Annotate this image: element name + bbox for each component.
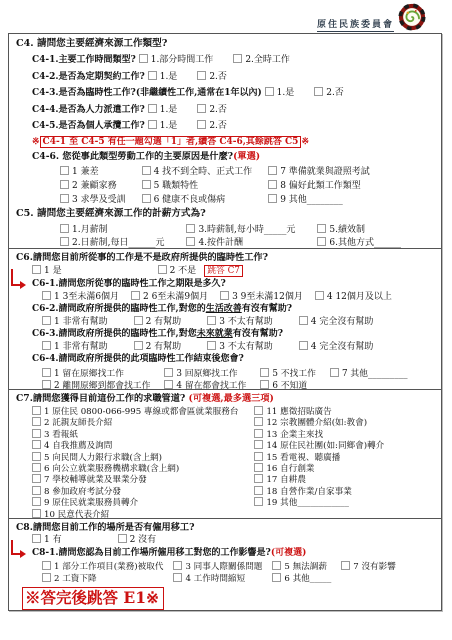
checkbox-option[interactable]: 1 非常有幫助 [42,341,108,353]
checkbox-option[interactable]: 4 完全沒有幫助 [299,316,374,328]
checkbox-icon[interactable] [148,71,157,80]
checkbox-icon[interactable] [134,316,143,325]
option-label: 1 非常有幫助 [54,317,108,327]
option-label: 3 求學及受訓 [72,195,126,205]
checkbox-icon[interactable] [272,573,281,582]
checkbox-option[interactable]: 16 自行創業 [254,462,384,473]
option-label: 4 12個月及以上 [327,292,392,302]
question-c4-title: C4. 請問您主要經濟來源工作類型? [16,36,436,52]
checkbox-icon[interactable] [32,417,41,426]
checkbox-icon[interactable] [42,341,51,350]
checkbox-option[interactable]: 2.否 [197,105,227,115]
question-c5-title: C5. 請問您主要經濟來源工作的計薪方式為? [16,206,436,222]
checkbox-option[interactable]: 7 沒有影響 [341,560,396,572]
checkbox-option[interactable]: 3 不太有幫助 [207,341,273,353]
checkbox-option[interactable]: 6 其他_____ [272,572,331,584]
question-c6-1-title: C6-1.請問您所從事的臨時性工作之期限是多久? [32,278,436,291]
c8-yesno-options: 1 有2 沒有 [32,535,156,545]
question-c4-6-label: C4-6. 您從事此類型勞動工作的主要原因是什麼? [32,151,233,162]
checkbox-option[interactable]: 2.全時工作 [233,55,290,65]
checkbox-option[interactable]: 3 不太有幫助 [207,316,273,328]
checkbox-option[interactable]: 4 找不到全時、正式工作 [142,164,253,178]
checkbox-option[interactable]: 6 向公立就業服務機構求職(含上網) [32,462,238,473]
option-label: 5 職類特性 [154,181,199,191]
checkbox-icon[interactable] [32,429,41,438]
checkbox-icon[interactable] [254,486,263,495]
checkbox-icon[interactable] [317,237,326,246]
option-label: 2 離開原鄉到都會找工作 [54,381,150,389]
checkbox-option[interactable]: 2 沒有 [118,535,157,545]
option-label: 3 9至未滿12個月 [232,292,303,302]
checkbox-option[interactable]: 3 同事人際關係問題 [173,560,262,572]
checkbox-option[interactable]: 2 不是 [158,266,197,276]
checkbox-option[interactable]: 2.否 [197,72,227,82]
checkbox-option[interactable]: 11 應徵招貼廣告 [254,405,384,416]
section-c6: C6.請問您目前所從事的工作是不是政府所提供的臨時性工作? 1 是2 不是跳答 … [9,248,441,389]
option-label: 3 同事人際關係問題 [185,562,262,572]
question-c4-1: C4-1.主要工作時間類型? 1.部分時間工作2.全時工作 [32,52,436,69]
option-label: 5.績效制 [329,225,365,235]
question-c8-title: C8.請問您目前工作的場所是否有僱用移工? [16,521,436,534]
checkbox-icon[interactable] [197,71,206,80]
checkbox-option[interactable]: 10 民意代表介紹 [32,508,238,518]
option-label: 1.是 [160,72,178,82]
option-label: 1 部分工作項目(業務)被取代 [54,562,163,572]
checkbox-icon[interactable] [42,316,51,325]
question-c4-3-label: C4-3.是否為臨時性工作?(非繼續性工作,通常在1年以內) [32,88,262,98]
jump-arrow-c6-1 [11,269,23,286]
checkbox-icon[interactable] [32,486,41,495]
checkbox-icon[interactable] [341,561,350,570]
option-label: 2 沒有 [130,535,157,545]
question-c6-2-title: C6-2.請問政府所提供的臨時性工作,對您的生活改善有沒有幫助? [32,303,436,316]
checkbox-option[interactable]: 3 回原鄉找工作 [164,366,246,378]
checkbox-icon[interactable] [32,534,41,543]
checkbox-option[interactable]: 2 託親友師長介紹 [32,416,238,427]
option-label: 4 留在都會找工作 [176,381,246,389]
checkbox-option[interactable]: 2.日薪制,每日______元 [60,235,164,248]
checkbox-option[interactable]: 13 企業主來找 [254,428,384,439]
checkbox-icon[interactable] [173,561,182,570]
option-label: 1.月薪制 [72,225,108,235]
checkbox-icon[interactable] [254,474,263,483]
checkbox-icon[interactable] [42,368,51,377]
checkbox-option[interactable]: 2 工資下降 [42,572,163,584]
question-c6-4-title: C6-4.請問政府所提供的此項臨時性工作結束後您會? [32,353,436,366]
checkbox-option[interactable]: 4 工作時間縮短 [173,572,262,584]
option-label: 1 非常有幫助 [54,342,108,352]
option-label: 3 不太有幫助 [219,317,273,327]
question-c4-5-label: C4-5.是否為個人承攬工作? [32,121,145,131]
option-label: 9 其他________ [280,195,343,205]
question-c4-1-options: 1.部分時間工作2.全時工作 [139,55,310,65]
checkbox-icon[interactable] [60,194,69,203]
form-box: C4. 請問您主要經濟來源工作類型? C4-1.主要工作時間類型? 1.部分時間… [8,33,442,611]
multi-choice-tag: (可複選,最多選三項) [189,393,274,404]
jump-arrow-c8-1 [11,540,23,555]
checkbox-option[interactable]: 3.時薪制,每小時_____元 [186,222,295,236]
c6-yesno-options: 1 是2 不是 [32,266,196,276]
checkbox-icon[interactable] [32,265,41,274]
checkbox-option[interactable]: 1.是 [148,121,178,131]
option-label: 6 其他_____ [284,574,331,584]
checkbox-option[interactable]: 2.否 [197,121,227,131]
option-label: 4.按件計酬 [198,238,243,248]
checkbox-option[interactable]: 7 準備就業與證照考試 [268,164,370,178]
checkbox-option[interactable]: 1.是 [148,105,178,115]
checkbox-icon[interactable] [260,368,269,377]
question-c5-options: 1.月薪制2.日薪制,每日______元3.時薪制,每小時_____元4.按件計… [60,222,436,249]
checkbox-icon[interactable] [42,573,51,582]
option-label: 4 找不到全時、正式工作 [154,167,253,177]
option-label: 2 6至未滿9個月 [143,292,208,302]
question-c4-3: C4-3.是否為臨時性工作?(非繼續性工作,通常在1年以內) 1.是2.否 [32,85,436,102]
checkbox-icon[interactable] [42,291,51,300]
checkbox-icon[interactable] [164,380,173,389]
checkbox-icon[interactable] [32,406,41,415]
option-label: 2 兼顧家務 [72,181,117,191]
checkbox-icon[interactable] [142,166,151,175]
c6-3-post: 有沒有幫助? [233,329,283,339]
c6-2-underlined: 生活改善 [206,304,242,314]
checkbox-icon[interactable] [207,341,216,350]
checkbox-option[interactable]: 7 其他_________ [330,366,408,378]
checkbox-option[interactable]: 4.按件計酬 [186,235,295,248]
question-c4-2-label: C4-2.是否為定期契約工作? [32,72,145,82]
checkbox-option[interactable]: 2 6至未滿9個月 [131,291,208,303]
option-label: 1.是 [160,105,178,115]
checkbox-option[interactable]: 5 職類特性 [142,178,253,192]
checkbox-icon[interactable] [32,463,41,472]
option-label: 1 兼差 [72,167,99,177]
checkbox-icon[interactable] [118,534,127,543]
c6-2-post: 有沒有幫助? [242,304,292,314]
question-c6-3-title: C6-3.請問政府所提供的臨時性工作,對您未來就業有沒有幫助? [32,328,436,341]
checkbox-option[interactable]: 1.是 [265,88,295,98]
checkbox-icon[interactable] [158,265,167,274]
checkbox-option[interactable]: 5.績效制 [317,222,401,236]
option-label: 1 是 [44,266,62,276]
question-c4-4: C4-4.是否為人力派遣工作? 1.是2.否 [32,102,436,119]
option-label: 7 其他_________ [342,369,408,379]
question-c4-4-options: 1.是2.否 [148,105,247,115]
c6-3-pre: C6-3.請問政府所提供的臨時性工作,對您 [32,329,197,339]
question-c4-3-options: 1.是2.否 [265,88,364,98]
option-label: 5 無法調薪 [284,562,327,572]
checkbox-option[interactable]: 3 看報紙 [32,428,238,439]
option-label: 2.否 [209,105,227,115]
section-c4-c5: C4. 請問您主要經濟來源工作類型? C4-1.主要工作時間類型? 1.部分時間… [9,34,441,248]
checkbox-option[interactable]: 4 自我推薦及詢問 [32,439,238,450]
question-c6-4-options: 1 留在原鄉找工作2 離開原鄉到都會找工作3 回原鄉找工作4 留在都會找工作5 … [42,366,436,389]
checkbox-option[interactable]: 15 看電視、聽廣播 [254,451,384,462]
checkbox-icon[interactable] [32,452,41,461]
checkbox-option[interactable]: 19 其他____________ [254,496,384,507]
checkbox-option[interactable]: 7 學校輔導就業及畢業分發 [32,473,238,484]
checkbox-icon[interactable] [299,341,308,350]
option-label: 1 3至未滿6個月 [54,292,119,302]
checkbox-icon[interactable] [314,87,323,96]
option-label: 3 不太有幫助 [219,342,273,352]
checkbox-icon[interactable] [220,291,229,300]
checkbox-icon[interactable] [265,87,274,96]
c8-1-label: C8-1.請問您認為目前工作場所僱用移工對您的工作影響是? [32,548,271,558]
checkbox-icon[interactable] [60,224,69,233]
c8-1-multi-tag: (可複選) [271,548,307,558]
checkbox-icon[interactable] [197,104,206,113]
checkbox-icon[interactable] [260,380,269,389]
checkbox-icon[interactable] [330,368,339,377]
question-c7-options: 1 原住民 0800-066-995 專線或都會區就業服務台2 託親友師長介紹3… [32,405,436,518]
checkbox-icon[interactable] [254,463,263,472]
skip-note-c4: ※C4-1 至 C4-5 有任一題勾選「1」者,續答 C4-6,其餘跳答 C5※ [32,135,436,150]
checkbox-option[interactable]: 6 不知道 [260,378,316,389]
note-boxed-text: C4-1 至 C4-5 有任一題勾選「1」者,續答 C4-6,其餘跳答 C5 [40,136,302,148]
checkbox-option[interactable]: 5 無法調薪 [272,560,331,572]
question-c8-1-options: 1 部分工作項目(業務)被取代2 工資下降3 同事人際關係問題4 工作時間縮短5… [42,560,436,584]
checkbox-option[interactable]: 3 求學及受訓 [60,192,126,206]
option-label: 6.其他方式______ [329,238,401,248]
checkbox-icon[interactable] [60,237,69,246]
checkbox-icon[interactable] [254,417,263,426]
checkbox-option[interactable]: 8 參加政府考試分發 [32,485,238,496]
checkbox-icon[interactable] [32,440,41,449]
checkbox-icon[interactable] [233,54,242,63]
checkbox-option[interactable]: 4 12個月及以上 [315,291,392,303]
option-label: 7 沒有影響 [353,562,396,572]
checkbox-option[interactable]: 1 有 [32,535,62,545]
question-c6-title: C6.請問您目前所從事的工作是不是政府所提供的臨時性工作? [16,251,436,264]
checkbox-option[interactable]: 8 偏好此類工作類型 [268,178,370,192]
option-label: 4 完全沒有幫助 [311,342,374,352]
question-c4-6-options: 1 兼差2 兼顧家務3 求學及受訓4 找不到全時、正式工作5 職類特性6 健康不… [60,164,436,206]
checkbox-icon[interactable] [148,120,157,129]
checkbox-option[interactable]: 1.是 [148,72,178,82]
checkbox-option[interactable]: 6.其他方式______ [317,235,401,248]
checkbox-option[interactable]: 1.月薪制 [60,222,164,236]
checkbox-option[interactable]: 2 離開原鄉到都會找工作 [42,378,150,389]
question-c6-options: 1 是2 不是跳答 C7 [32,264,436,278]
single-choice-tag: (單選) [233,151,260,162]
checkbox-option[interactable]: 17 自耕農 [254,473,384,484]
option-label: 2 不是 [170,266,197,276]
checkbox-option[interactable]: 9 其他________ [268,192,370,206]
checkbox-icon[interactable] [60,166,69,175]
checkbox-option[interactable]: 1 3至未滿6個月 [42,291,119,303]
option-label: 2 工資下降 [54,574,97,584]
question-c4-5: C4-5.是否為個人承攬工作? 1.是2.否 [32,118,436,135]
checkbox-icon[interactable] [268,180,277,189]
checkbox-icon[interactable] [142,180,151,189]
checkbox-option[interactable]: 1 原住民 0800-066-995 專線或都會區就業服務台 [32,405,238,416]
checkbox-icon[interactable] [32,497,41,506]
checkbox-icon[interactable] [254,440,263,449]
c6-2-pre: C6-2.請問政府所提供的臨時性工作,對您的 [32,304,206,314]
question-c6-2-options: 1 非常有幫助2 有幫助3 不太有幫助4 完全沒有幫助 [42,316,436,328]
checkbox-option[interactable]: 2 有幫助 [134,341,182,353]
option-label: 4 工作時間縮短 [185,574,245,584]
checkbox-icon[interactable] [254,406,263,415]
option-label: 2.否 [209,121,227,131]
checkbox-icon[interactable] [134,341,143,350]
option-label: 2.否 [209,72,227,82]
question-c4-2-options: 1.是2.否 [148,72,247,82]
checkbox-icon[interactable] [197,120,206,129]
question-c4-2: C4-2.是否為定期契約工作? 1.是2.否 [32,69,436,86]
checkbox-option[interactable]: 2 兼顧家務 [60,178,126,192]
checkbox-icon[interactable] [139,54,148,63]
checkbox-icon[interactable] [268,166,277,175]
option-label: 1.是 [277,88,295,98]
checkbox-icon[interactable] [254,429,263,438]
checkbox-option[interactable]: 1 部分工作項目(業務)被取代 [42,560,163,572]
checkbox-icon[interactable] [186,224,195,233]
option-label: 1.部分時間工作 [151,55,214,65]
checkbox-icon[interactable] [60,180,69,189]
option-label: 1.是 [160,121,178,131]
checkbox-option[interactable]: 1 留在原鄉找工作 [42,366,150,378]
checkbox-icon[interactable] [268,194,277,203]
checkbox-icon[interactable] [142,194,151,203]
checkbox-option[interactable]: 5 不找工作 [260,366,316,378]
option-label: 2.否 [326,88,344,98]
checkbox-icon[interactable] [186,237,195,246]
note-suffix: ※ [301,137,309,147]
checkbox-option[interactable]: 4 完全沒有幫助 [299,341,374,353]
questionnaire-page: 原住民族委員會 C4. 請問您主要經濟來源工作類型? C4-1.主要工作時間類型… [0,0,452,640]
option-label: 4 完全沒有幫助 [311,317,374,327]
checkbox-option[interactable]: 3 9至未滿12個月 [220,291,303,303]
skip-to-e1-note: ※答完後跳答 E1※ [22,587,164,610]
checkbox-option[interactable]: 4 留在都會找工作 [164,378,246,389]
c7-title-label: C7.請問您獲得目前這份工作的求職管道? [16,393,185,404]
option-label: 6 不知道 [272,381,307,389]
checkbox-option[interactable]: 1 兼差 [60,164,126,178]
option-label: 2 有幫助 [146,342,182,352]
question-c7-title: C7.請問您獲得目前這份工作的求職管道? (可複選,最多選三項) [16,392,436,405]
checkbox-option[interactable]: 5 向民間人力銀行求職(含上網) [32,451,238,462]
option-label: 19 其他____________ [266,498,348,508]
checkbox-icon[interactable] [254,497,263,506]
checkbox-icon[interactable] [272,561,281,570]
checkbox-option[interactable]: 2 有幫助 [134,316,182,328]
agency-logo-icon [398,3,426,31]
checkbox-icon[interactable] [299,316,308,325]
checkbox-option[interactable]: 1.部分時間工作 [139,55,214,65]
option-label: 1 有 [44,535,62,545]
checkbox-option[interactable]: 1 是 [32,266,62,276]
checkbox-icon[interactable] [32,474,41,483]
checkbox-icon[interactable] [254,452,263,461]
checkbox-icon[interactable] [317,224,326,233]
question-c4-4-label: C4-4.是否為人力派遣工作? [32,105,145,115]
note-prefix: ※ [32,137,40,147]
question-c6-3-options: 1 非常有幫助2 有幫助3 不太有幫助4 完全沒有幫助 [42,341,436,353]
c6-3-underlined: 未來就業 [197,329,233,339]
checkbox-icon[interactable] [207,316,216,325]
question-c6-1-options: 1 3至未滿6個月2 6至未滿9個月3 9至未滿12個月4 12個月及以上 [42,291,436,303]
checkbox-icon[interactable] [173,573,182,582]
skip-to-c7-note: 跳答 C7 [204,265,243,277]
checkbox-option[interactable]: 2.否 [314,88,344,98]
question-c4-5-options: 1.是2.否 [148,121,247,131]
question-c8-options: 1 有2 沒有 [32,534,436,547]
checkbox-option[interactable]: 12 宗教團體介紹(如:教會) [254,416,384,427]
question-c4-1-label: C4-1.主要工作時間類型? [32,55,136,65]
checkbox-icon[interactable] [164,368,173,377]
section-c7: C7.請問您獲得目前這份工作的求職管道? (可複選,最多選三項) 1 原住民 0… [9,389,441,518]
option-label: 2 有幫助 [146,317,182,327]
checkbox-option[interactable]: 6 健康不良或傷病 [142,192,253,206]
checkbox-option[interactable]: 9 原住民就業服務員轉介 [32,496,238,507]
question-c8-1-title: C8-1.請問您認為目前工作場所僱用移工對您的工作影響是?(可複選) [32,547,436,560]
option-label: 8 偏好此類工作類型 [280,181,361,191]
checkbox-icon[interactable] [315,291,324,300]
checkbox-option[interactable]: 18 自營作業/自家事業 [254,485,384,496]
checkbox-icon[interactable] [42,561,51,570]
checkbox-icon[interactable] [32,509,41,518]
option-label: 6 健康不良或傷病 [154,195,226,205]
checkbox-option[interactable]: 14 原住民社團(如:同鄉會)轉介 [254,439,384,450]
agency-name: 原住民族委員會 [317,17,394,32]
section-c8: C8.請問您目前工作的場所是否有僱用移工? 1 有2 沒有 C8-1.請問您認為… [9,518,441,611]
option-label: 2.日薪制,每日______元 [72,238,164,248]
checkbox-icon[interactable] [131,291,140,300]
checkbox-icon[interactable] [42,380,51,389]
option-label: 2.全時工作 [245,55,290,65]
option-label: 7 準備就業與證照考試 [280,167,370,177]
checkbox-icon[interactable] [148,104,157,113]
question-c4-6-title: C4-6. 您從事此類型勞動工作的主要原因是什麼?(單選) [32,150,436,164]
option-label: 10 民意代表介紹 [44,510,109,518]
checkbox-option[interactable]: 1 非常有幫助 [42,316,108,328]
option-label: 3.時薪制,每小時_____元 [198,225,295,235]
